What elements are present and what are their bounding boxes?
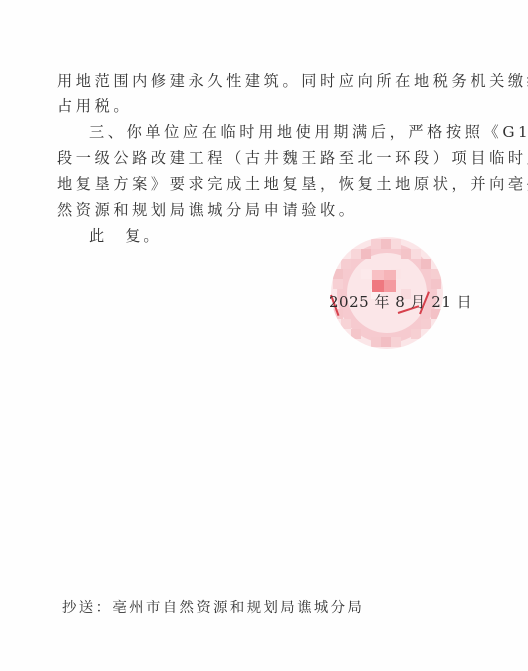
paragraph-line: 然资源和规划局谯城分局申请验收。 [57, 200, 358, 220]
closing-char-1: 此 [89, 227, 107, 245]
issue-date: 2025 年 8 月 21 日 [329, 292, 472, 312]
document-page: 用地范围内修建永久性建筑。同时应向所在地税务机关缴纳耕地 占用税。 三、你单位应… [0, 0, 528, 671]
closing-text: 此复。 [89, 226, 162, 246]
cc-line: 抄送：亳州市自然资源和规划局谯城分局 [62, 598, 364, 618]
paragraph-line: 占用税。 [57, 96, 132, 116]
paragraph-line: 段一级公路改建工程（古井魏王路至北一环段）项目临时用地土 [57, 148, 528, 168]
paragraph-line: 用地范围内修建永久性建筑。同时应向所在地税务机关缴纳耕地 [57, 71, 528, 91]
paragraph-line: 地复垦方案》要求完成土地复垦，恢复土地原状，并向亳州市自 [57, 174, 528, 194]
seal-center-star [372, 280, 384, 292]
paragraph-line: 三、你单位应在临时用地使用期满后，严格按照《G105 亳州 [89, 122, 528, 142]
closing-char-2: 复。 [125, 227, 161, 245]
